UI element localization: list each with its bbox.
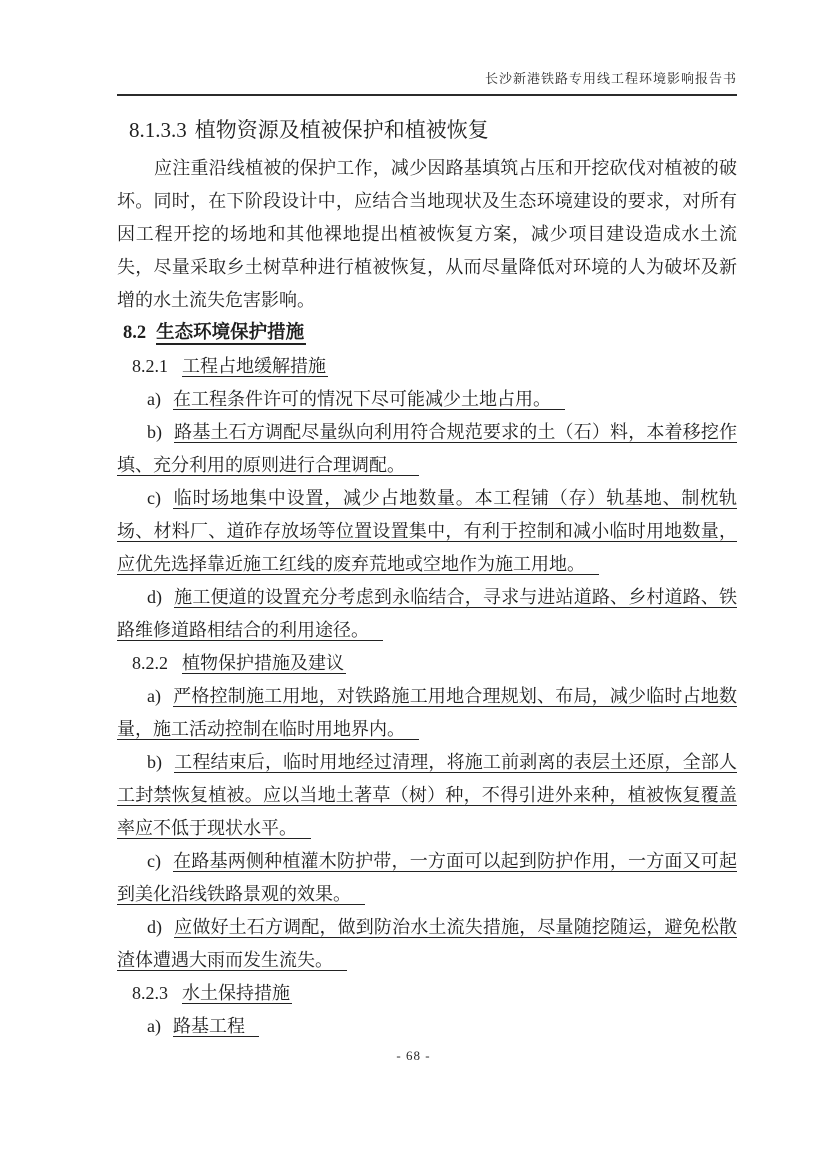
document-body: 8.1.3.3植物资源及植被保护和植被恢复 应注重沿线植被的保护工作，减少因路基… — [117, 110, 737, 1043]
paragraph-vegetation-protection: 应注重沿线植被的保护工作，减少因路基填筑占压和开挖砍伐对植被的破坏。同时，在下阶… — [117, 152, 737, 317]
list-item-8-2-1-b: b)路基土石方调配尽量纵向利用符合规范要求的土（石）料，本着移挖作填、充分利用的… — [117, 416, 737, 482]
heading-8-1-3-3: 8.1.3.3植物资源及植被保护和植被恢复 — [129, 112, 737, 148]
running-header-title: 长沙新港铁路专用线工程环境影响报告书 — [485, 71, 737, 86]
list-marker: c) — [147, 488, 161, 508]
list-item-text: 应做好土石方调配，做到防治水土流失措施，尽量随挖随运，避免松散渣体遭遇大雨而发生… — [117, 917, 737, 971]
heading-8-2-3: 8.2.3水土保持措施 — [132, 977, 737, 1010]
list-item-text: 临时场地集中设置，减少占地数量。本工程铺（存）轨基地、制枕轨场、材料厂、道砟存放… — [117, 488, 737, 575]
list-item-text: 在工程条件许可的情况下尽可能减少土地占用。 — [173, 389, 565, 410]
list-item-text: 工程结束后，临时用地经过清理，将施工前剥离的表层土还原，全部人工封禁恢复植被。应… — [117, 752, 737, 839]
list-marker: a) — [147, 686, 161, 706]
heading-title: 工程占地缓解措施 — [182, 356, 328, 377]
heading-number: 8.2.2 — [132, 653, 168, 673]
heading-number: 8.2.3 — [132, 983, 168, 1003]
list-item-8-2-1-d: d)施工便道的设置充分考虑到永临结合，寻求与进站道路、乡村道路、铁路维修道路相结… — [117, 581, 737, 647]
list-marker: a) — [147, 389, 161, 409]
list-item-8-2-2-b: b)工程结束后，临时用地经过清理，将施工前剥离的表层土还原，全部人工封禁恢复植被… — [117, 746, 737, 845]
list-marker: d) — [147, 587, 162, 607]
page-footer: - 68 - — [0, 1048, 827, 1064]
list-marker: d) — [147, 917, 162, 937]
list-item-8-2-2-a: a)严格控制施工用地，对铁路施工用地合理规划、布局，减少临时占地数量，施工活动控… — [117, 680, 737, 746]
heading-number: 8.2.1 — [132, 356, 168, 376]
list-item-8-2-1-c: c)临时场地集中设置，减少占地数量。本工程铺（存）轨基地、制枕轨场、材料厂、道砟… — [117, 482, 737, 581]
heading-title: 植物资源及植被保护和植被恢复 — [195, 118, 489, 142]
heading-title: 生态环境保护措施 — [156, 323, 306, 345]
list-item-8-2-1-a: a)在工程条件许可的情况下尽可能减少土地占用。 — [117, 383, 737, 416]
list-marker: a) — [147, 1016, 161, 1036]
heading-8-2: 8.2生态环境保护措施 — [123, 317, 737, 350]
list-item-text: 施工便道的设置充分考虑到永临结合，寻求与进站道路、乡村道路、铁路维修道路相结合的… — [117, 587, 737, 641]
heading-number: 8.2 — [123, 323, 146, 343]
heading-8-2-2: 8.2.2植物保护措施及建议 — [132, 647, 737, 680]
heading-title: 植物保护措施及建议 — [182, 653, 346, 674]
document-page: 长沙新港铁路专用线工程环境影响报告书 8.1.3.3植物资源及植被保护和植被恢复… — [0, 0, 827, 1169]
list-item-8-2-2-d: d)应做好土石方调配，做到防治水土流失措施，尽量随挖随运，避免松散渣体遭遇大雨而… — [117, 911, 737, 977]
list-item-8-2-2-c: c)在路基两侧种植灌木防护带，一方面可以起到防护作用，一方面又可起到美化沿线铁路… — [117, 845, 737, 911]
heading-number: 8.1.3.3 — [129, 118, 187, 142]
list-marker: b) — [147, 752, 162, 772]
list-marker: c) — [147, 851, 161, 871]
list-item-text: 路基工程 — [173, 1016, 259, 1037]
list-item-text: 严格控制施工用地，对铁路施工用地合理规划、布局，减少临时占地数量，施工活动控制在… — [117, 686, 737, 740]
list-item-text: 在路基两侧种植灌木防护带，一方面可以起到防护作用，一方面又可起到美化沿线铁路景观… — [117, 851, 737, 905]
list-marker: b) — [147, 422, 162, 442]
list-item-8-2-3-a: a)路基工程 — [117, 1010, 737, 1043]
running-header: 长沙新港铁路专用线工程环境影响报告书 — [117, 70, 737, 96]
heading-title: 水土保持措施 — [182, 983, 292, 1004]
heading-8-2-1: 8.2.1工程占地缓解措施 — [132, 350, 737, 383]
list-item-text: 路基土石方调配尽量纵向利用符合规范要求的土（石）料，本着移挖作填、充分利用的原则… — [117, 422, 737, 476]
page-number: - 68 - — [396, 1048, 430, 1063]
